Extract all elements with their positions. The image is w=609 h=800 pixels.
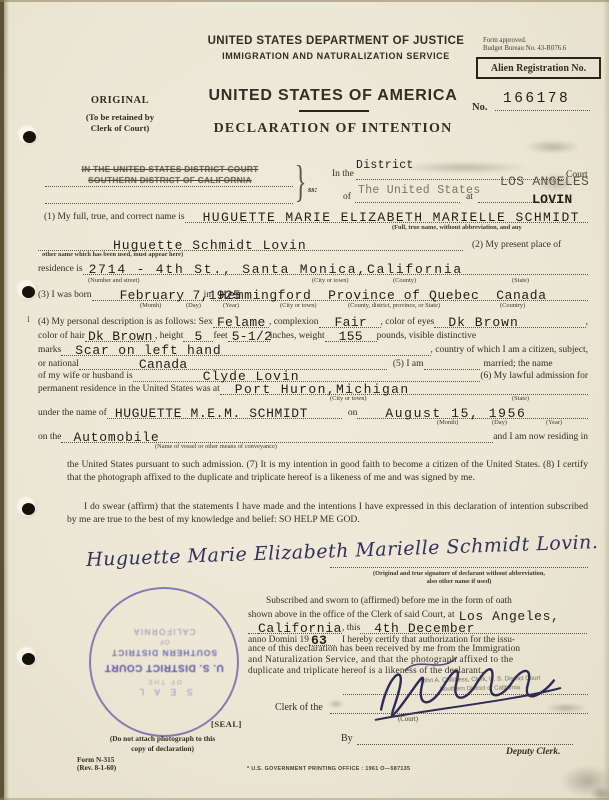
label-street: (Number and street) (88, 277, 139, 284)
admission-date-value: August 15, 1956 (385, 408, 526, 419)
declaration-number-value: 166178 (503, 94, 570, 105)
label-adm-day: (Day) (492, 419, 507, 426)
citizen-label: , country of which I am a citizen, subje… (431, 345, 589, 356)
full-name-value: HUGUETTE MARIE ELIZABETH MARIELLE SCHMID… (203, 212, 580, 223)
oath-paragraph: I do swear (affirm) that the statements … (67, 500, 588, 526)
eyes-label: , color of eyes (381, 317, 435, 328)
court-seal-stamp: S E A L OF THE U. S. DISTRICT COURT SOUT… (89, 587, 239, 737)
court-bracket: } (295, 160, 307, 204)
scan-edge-right (603, 0, 609, 800)
feet-line: 5 (183, 329, 213, 342)
typed-lovin: LOVIN (532, 194, 573, 205)
signature-note2: also other name if used) (330, 578, 588, 585)
full-name-line: HUGUETTE MARIE ELIZABETH MARIELLE SCHMID… (185, 210, 588, 223)
label-admission-state: (State) (512, 395, 529, 402)
eyes-value: Dk Brown (448, 317, 518, 328)
clerk-court-line (330, 713, 588, 714)
ink-smudge (525, 140, 580, 154)
label-state: (State) (512, 277, 529, 284)
full-name-row: (1) My full, true, and correct name is H… (44, 211, 588, 223)
items-7-8-paragraph: the United States pursuant to such admis… (67, 458, 588, 484)
by-label: By (341, 733, 353, 744)
admission-place-value: Port Huron,Michigan (235, 384, 410, 395)
number-label: No. (472, 102, 487, 113)
item6-lead: (6) My lawful admission for (480, 371, 588, 382)
item1-note-right: (Full, true name, without abbreviation, … (392, 224, 522, 231)
deputy-stamp-residue (545, 703, 587, 713)
clerk-signature (360, 638, 574, 734)
scan-edge-left-shadow (4, 0, 9, 800)
photo-note-line1: (Do not attach photograph to this (70, 734, 255, 743)
admission-name-value: HUGUETTE M.E.M. SCHMIDT (115, 408, 308, 419)
punch-hole (16, 646, 38, 668)
spouse-lead: of my wife or husband is (38, 371, 133, 382)
feet-value: 5 (194, 331, 202, 342)
admission-place-row: permanent residence in the United States… (38, 383, 588, 395)
birth-date-line: February 7,1925 (92, 288, 204, 301)
label-country: (Country) (500, 302, 525, 309)
seal-line1: S E A L (135, 687, 193, 697)
of-label: of (343, 192, 351, 203)
residence-line: 2714 - 4th St., Santa Monica,California (83, 262, 588, 275)
seal-line2: OF THE (146, 678, 182, 685)
vessel-note: (Name of vessel or other means of convey… (155, 443, 277, 450)
court-of-line (355, 202, 460, 203)
by-line (357, 744, 573, 745)
label-province: (County, district, province, or State) (348, 302, 440, 309)
eyes-after: , (586, 317, 588, 328)
item1-lead: (1) My full, true, and correct name is (44, 212, 185, 223)
weight-line: 155 (325, 329, 377, 342)
height-label: , height (155, 331, 184, 342)
residence-row: residence is 2714 - 4th St., Santa Monic… (38, 263, 588, 275)
weight-value: 155 (339, 331, 363, 342)
residence-label: residence is (38, 264, 83, 275)
residing-label: and I am now residing in (493, 432, 588, 443)
hair-line: Dk Brown (85, 329, 155, 342)
sex-line: Felame (213, 315, 269, 328)
marks-line: Scar on left hand (61, 343, 430, 356)
admission-place-line: Port Huron,Michigan (220, 382, 588, 395)
label-admission-city: (City or town) (330, 395, 367, 402)
marks-value: Scar on left hand (75, 345, 221, 356)
declarant-signature: Huguette Marie Elizabeth Marielle Schmid… (86, 531, 599, 571)
deputy-clerk-label: Deputy Clerk. (506, 747, 560, 757)
description-row3: marks Scar on left hand , country of whi… (38, 344, 588, 356)
ss-label: ss: (308, 184, 317, 194)
signature-note1: (Original and true signature of declaran… (330, 570, 588, 577)
vessel-line: Automobile (61, 430, 493, 443)
in-label: in (204, 290, 211, 301)
scan-edge-top (0, 0, 609, 2)
ink-smudge (400, 161, 530, 174)
court-note: (Court) (398, 716, 418, 723)
form-revision: (Rev. 8-1-60) (77, 764, 116, 772)
court-line1 (45, 186, 293, 187)
label-day: (Day) (186, 302, 201, 309)
alien-registration-box: Alien Registration No. (476, 57, 601, 79)
admission-residence-lead: permanent residence in the United States… (38, 384, 220, 395)
form-approved-line: Form approved. (483, 37, 566, 45)
country-title: UNITED STATES OF AMERICA (168, 87, 498, 105)
complexion-line: Fair (319, 315, 381, 328)
inches-value: 5-1/2 (232, 331, 273, 342)
weight-label: pounds, visible distinctive (377, 331, 476, 342)
copy-note-line2: Clerk of Court) (60, 123, 180, 133)
marks-label: marks (38, 345, 61, 356)
description-row2: color of hair Dk Brown , height 5 feet 5… (38, 330, 588, 342)
item4-lead: (4) My personal description is as follow… (38, 317, 213, 328)
budget-bureau-line: Budget Bureau No. 43-R076.6 (483, 45, 566, 53)
label-city: (City or town) (312, 277, 349, 284)
title-rule (299, 110, 369, 112)
admission-name-line: HUGUETTE M.E.M. SCHMIDT (107, 406, 342, 419)
sex-value: Felame (217, 317, 266, 328)
spouse-value: Clyde Lovin (203, 371, 300, 382)
court-line2 (45, 203, 293, 204)
seal-line4: SOUTHERN DISTRICT (111, 648, 217, 658)
photo-note-line2: copy of declaration) (70, 744, 255, 753)
gpo-imprint: * U.S. GOVERNMENT PRINTING OFFICE : 1961… (247, 766, 410, 772)
hair-value: Dk Brown (88, 331, 153, 342)
attestation-line2: shown above in the office of the Clerk o… (248, 610, 455, 621)
form-number: Form N-315 (77, 756, 114, 764)
hair-label: color of hair (38, 331, 85, 342)
inches-line: 5-1/2 (228, 329, 270, 342)
stray-mark: I (27, 314, 30, 325)
seal-bracket-label: [SEAL] (211, 719, 242, 729)
other-name-line: Huguette Schmidt Lovin (38, 238, 463, 251)
complexion-value: Fair (335, 317, 367, 328)
eyes-line: Dk Brown (434, 315, 585, 328)
spouse-line: Clyde Lovin (133, 369, 481, 382)
in-the-label: In the (332, 169, 354, 180)
residence-value: 2714 - 4th St., Santa Monica,California (89, 264, 463, 275)
typed-united-states: The United States (358, 185, 480, 196)
number-line (495, 110, 590, 111)
seal-line6: CALIFORNIA (133, 627, 196, 636)
birth-place-value: Hemmingford Province of Quebec Canada (219, 290, 547, 301)
item1-note-left: other name which has been used, must app… (42, 251, 183, 258)
vessel-row: on the Automobile and I am now residing … (38, 431, 588, 443)
stamped-court-line2: SOUTHERN DISTRICT OF CALIFORNIA (45, 175, 295, 185)
feet-label: feet (213, 331, 227, 342)
seal-line5: OF (158, 638, 169, 645)
attestation-line2-row: shown above in the office of the Clerk o… (248, 608, 587, 621)
birth-place-line: Hemmingford Province of Quebec Canada (211, 288, 588, 301)
form-approved-block: Form approved. Budget Bureau No. 43-R076… (483, 37, 566, 53)
copy-type-label: ORIGINAL (60, 95, 180, 106)
national-label: or national (38, 359, 79, 370)
label-adm-year: (Year) (546, 419, 562, 426)
punch-hole (17, 124, 39, 146)
copy-note-line1: (To be retained by (60, 112, 180, 122)
inches-label: inches, weight (270, 331, 325, 342)
at-label: at (466, 192, 473, 203)
signature-line (330, 567, 588, 568)
other-name-value: Huguette Schmidt Lovin (113, 240, 307, 251)
agency-title-line2: IMMIGRATION AND NATURALIZATION SERVICE (181, 51, 491, 61)
attestation-line1: Subscribed and sworn to (affirmed) befor… (266, 596, 512, 607)
stamp-residue (328, 700, 344, 708)
other-name-row: Huguette Schmidt Lovin (2) My present pl… (38, 239, 588, 251)
item2-lead: (2) My present place of (472, 240, 561, 251)
on-label: on (348, 408, 358, 419)
admission-name-row: under the name of HUGUETTE M.E.M. SCHMID… (38, 407, 588, 419)
seal-line3: U. S. DISTRICT COURT (104, 662, 223, 673)
document-title: DECLARATION OF INTENTION (168, 121, 498, 137)
punch-hole (16, 496, 38, 518)
label-month: (Month) (140, 302, 161, 309)
ink-smudge (536, 173, 576, 193)
birth-row: (3) I was born February 7,1925 in Hemmin… (38, 289, 588, 301)
clerk-of-label: Clerk of the (275, 702, 323, 713)
vessel-lead: on the (38, 432, 61, 443)
stamped-court-line1: IN THE UNITED STATES DISTRICT COURT (45, 164, 295, 174)
admission-name-lead: under the name of (38, 408, 107, 419)
vessel-value: Automobile (73, 432, 159, 443)
married-label: married; the name (484, 359, 553, 370)
spouse-row: of my wife or husband is Clyde Lovin (6)… (38, 370, 588, 382)
description-row1: (4) My personal description is as follow… (38, 316, 588, 328)
alien-registration-label: Alien Registration No. (491, 63, 586, 74)
document-page: I UNITED STATES DEPARTMENT OF JUSTICE IM… (0, 0, 609, 800)
item3-lead: (3) I was born (38, 290, 92, 301)
agency-title-line1: UNITED STATES DEPARTMENT OF JUSTICE (181, 35, 491, 47)
label-birth-city: (City or town) (280, 302, 317, 309)
label-adm-month: (Month) (437, 419, 458, 426)
label-county: (County) (393, 277, 416, 284)
label-year: (Year) (223, 302, 239, 309)
complexion-label: , complexion (269, 317, 319, 328)
punch-hole (16, 279, 38, 301)
admission-date-line: August 15, 1956 (357, 406, 588, 419)
scan-shadow (590, 786, 609, 800)
